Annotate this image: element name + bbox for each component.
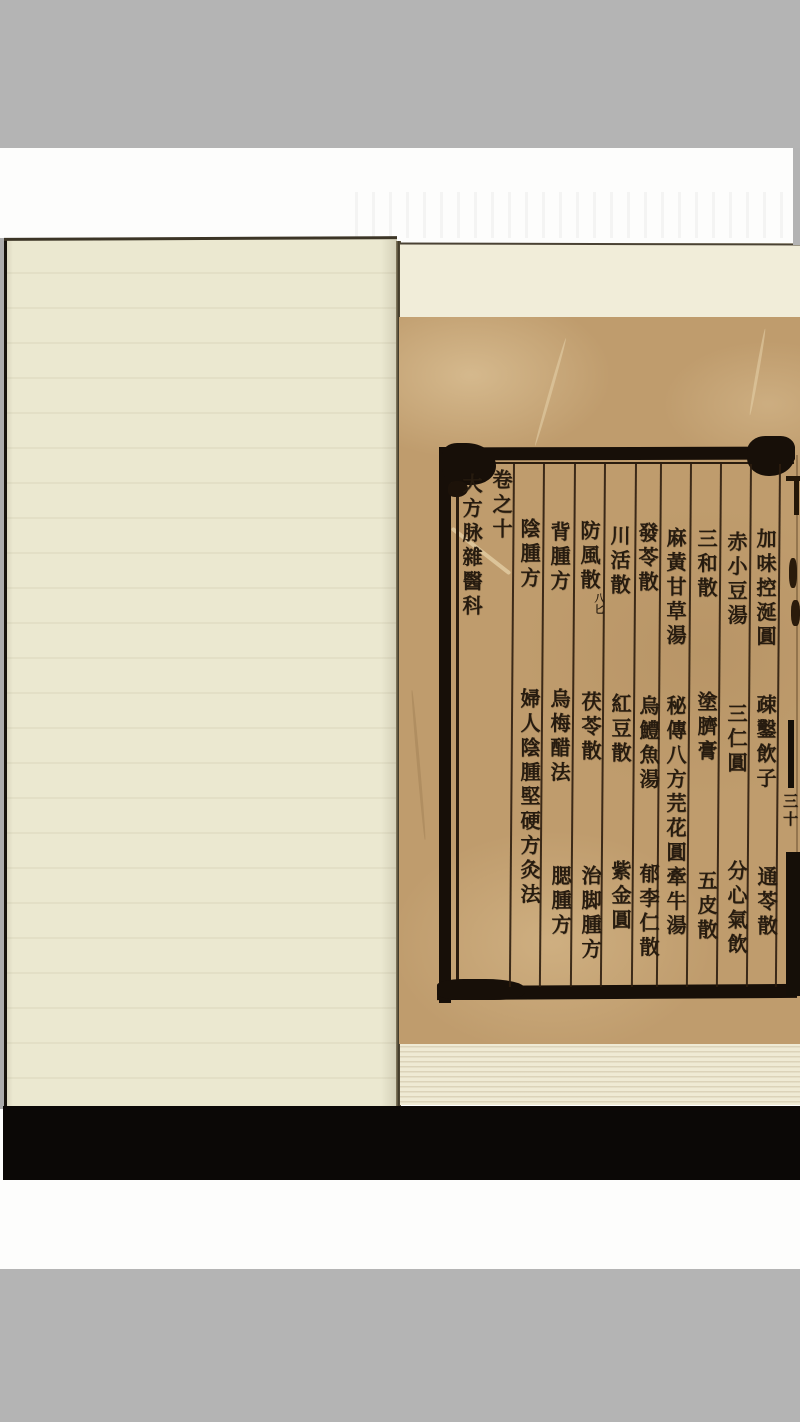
left-margin-sliver: [0, 238, 4, 1109]
toc-entry: 秘傳八方芫花圓牽牛湯: [663, 695, 687, 939]
toc-entry: 紫金圓: [608, 860, 632, 933]
toc-entry: 塗臍膏: [694, 691, 718, 764]
frame-left-border: [439, 447, 451, 1003]
left-blank-page: [6, 239, 397, 1108]
toc-entry: 陰腫方: [517, 518, 541, 591]
toc-entry: 五皮散: [694, 870, 718, 943]
ink-blob-bottom-left: [437, 979, 525, 1000]
folding-column-black-bar: [788, 720, 794, 788]
toc-entry: 麻黃甘草湯: [663, 527, 687, 649]
toc-entry: 郁李仁散: [636, 863, 660, 961]
folio-number: 三十: [781, 793, 798, 829]
toc-entry: 加味控涎圓: [753, 528, 777, 650]
book-shadow-band: [3, 1106, 800, 1180]
toc-entry: 疎鑿飲子: [753, 694, 777, 792]
toc-entry: 通苓散: [754, 866, 778, 939]
toc-entry: 赤小豆湯: [724, 531, 748, 629]
toc-entry: 發苓散: [635, 522, 659, 595]
toc-entry: 三和散: [694, 528, 718, 601]
toc-entry: 腮腫方: [548, 865, 572, 938]
book-cover-left-edge: [3, 238, 7, 1109]
frame-inner-top-line: [456, 462, 794, 464]
toc-entry: 分心氣飲: [724, 860, 748, 958]
folding-column-black-mouth: [786, 852, 800, 996]
toc-entry: 治脚腫方: [578, 865, 602, 963]
right-page-bottom-margin: [400, 1041, 800, 1105]
toc-entry: 紅豆散: [608, 693, 632, 766]
cut-glyph-fragment: [791, 600, 800, 626]
right-margin-sliver: [793, 148, 800, 245]
toc-entry: 川活散: [607, 525, 631, 598]
toc-entry: 防風散: [577, 520, 601, 593]
cut-glyph-fragment: [789, 558, 797, 588]
right-page-top-edge: [400, 242, 800, 245]
cut-frame-fragment: [794, 479, 799, 515]
page-edge-ghosting: [355, 192, 790, 238]
toc-entry: 烏鱧魚湯: [636, 695, 660, 793]
scanned-book-spread: 加味控涎圓 疎鑿飲子 通苓散 赤小豆湯 三仁圓 分心氣飲 三和散 塗臍膏 五皮散…: [0, 0, 800, 1422]
toc-entry: 婦人陰腫堅硬方灸法: [517, 688, 541, 908]
toc-entry: 三仁圓: [724, 703, 748, 776]
department-label: 大方脉雜醫科: [459, 473, 483, 619]
toc-entry: 背腫方: [547, 521, 571, 594]
toc-entry: 烏梅醋法: [547, 688, 571, 786]
volume-label: 卷之十: [489, 469, 513, 542]
toc-entry: 茯苓散: [578, 691, 602, 764]
toc-entry-annotation: 八匕: [591, 593, 603, 615]
